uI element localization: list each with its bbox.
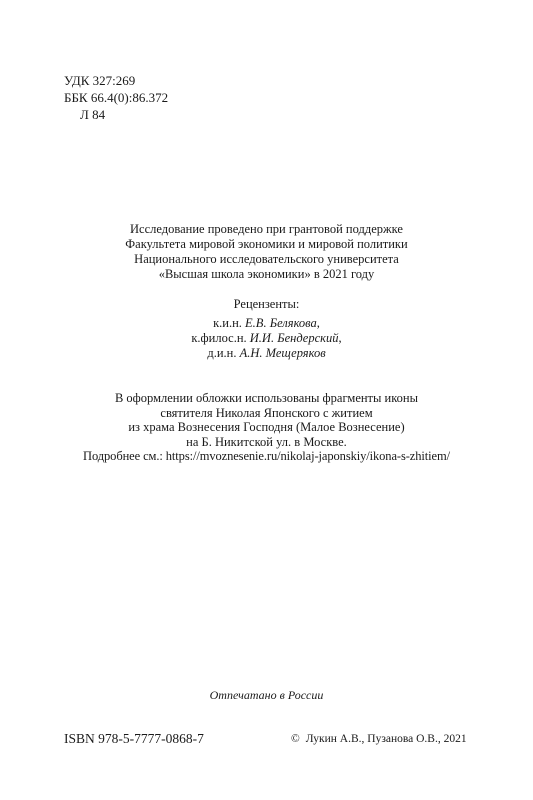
- bbk-code: ББК 66.4(0):86.372: [64, 89, 168, 106]
- reviewer-degree: д.и.н.: [207, 346, 236, 360]
- cover-line: из храма Вознесения Господня (Малое Возн…: [0, 420, 533, 435]
- grant-line: Национального исследовательского универс…: [0, 252, 533, 267]
- cover-note: В оформлении обложки использованы фрагме…: [0, 391, 533, 464]
- classification-block: УДК 327:269 ББК 66.4(0):86.372 Л 84: [64, 72, 168, 123]
- author-mark: Л 84: [64, 106, 168, 123]
- cover-source-link[interactable]: Подробнее см.: https://mvoznesenie.ru/ni…: [0, 449, 533, 464]
- reviewers-list: к.и.н. Е.В. Белякова, к.филос.н. И.И. Бе…: [0, 316, 533, 361]
- reviewer-suffix: ,: [317, 316, 320, 330]
- grant-line: «Высшая школа экономики» в 2021 году: [0, 267, 533, 282]
- isbn: ISBN 978-5-7777-0868-7: [64, 731, 204, 747]
- reviewer-name: И.И. Бендерский: [250, 331, 339, 345]
- grant-line: Исследование проведено при грантовой под…: [0, 222, 533, 237]
- cover-line: В оформлении обложки использованы фрагме…: [0, 391, 533, 406]
- reviewer-name: А.Н. Мещеряков: [240, 346, 326, 360]
- copyright-icon: ©: [291, 733, 300, 745]
- udk-code: УДК 327:269: [64, 72, 168, 89]
- reviewer-suffix: ,: [339, 331, 342, 345]
- grant-note: Исследование проведено при грантовой под…: [0, 222, 533, 282]
- reviewer-degree: к.филос.н.: [191, 331, 246, 345]
- reviewer: к.филос.н. И.И. Бендерский,: [0, 331, 533, 346]
- printed-in: Отпечатано в России: [0, 688, 533, 703]
- cover-line: святителя Николая Японского с житием: [0, 406, 533, 421]
- cover-line: на Б. Никитской ул. в Москве.: [0, 435, 533, 450]
- reviewers-title: Рецензенты:: [0, 297, 533, 312]
- copyright: ©Лукин А.В., Пузанова О.В., 2021: [291, 733, 467, 745]
- copyright-text: Лукин А.В., Пузанова О.В., 2021: [306, 733, 467, 745]
- reviewer-degree: к.и.н.: [213, 316, 242, 330]
- grant-line: Факультета мировой экономики и мировой п…: [0, 237, 533, 252]
- reviewer: к.и.н. Е.В. Белякова,: [0, 316, 533, 331]
- reviewer-name: Е.В. Белякова: [245, 316, 317, 330]
- reviewer: д.и.н. А.Н. Мещеряков: [0, 346, 533, 361]
